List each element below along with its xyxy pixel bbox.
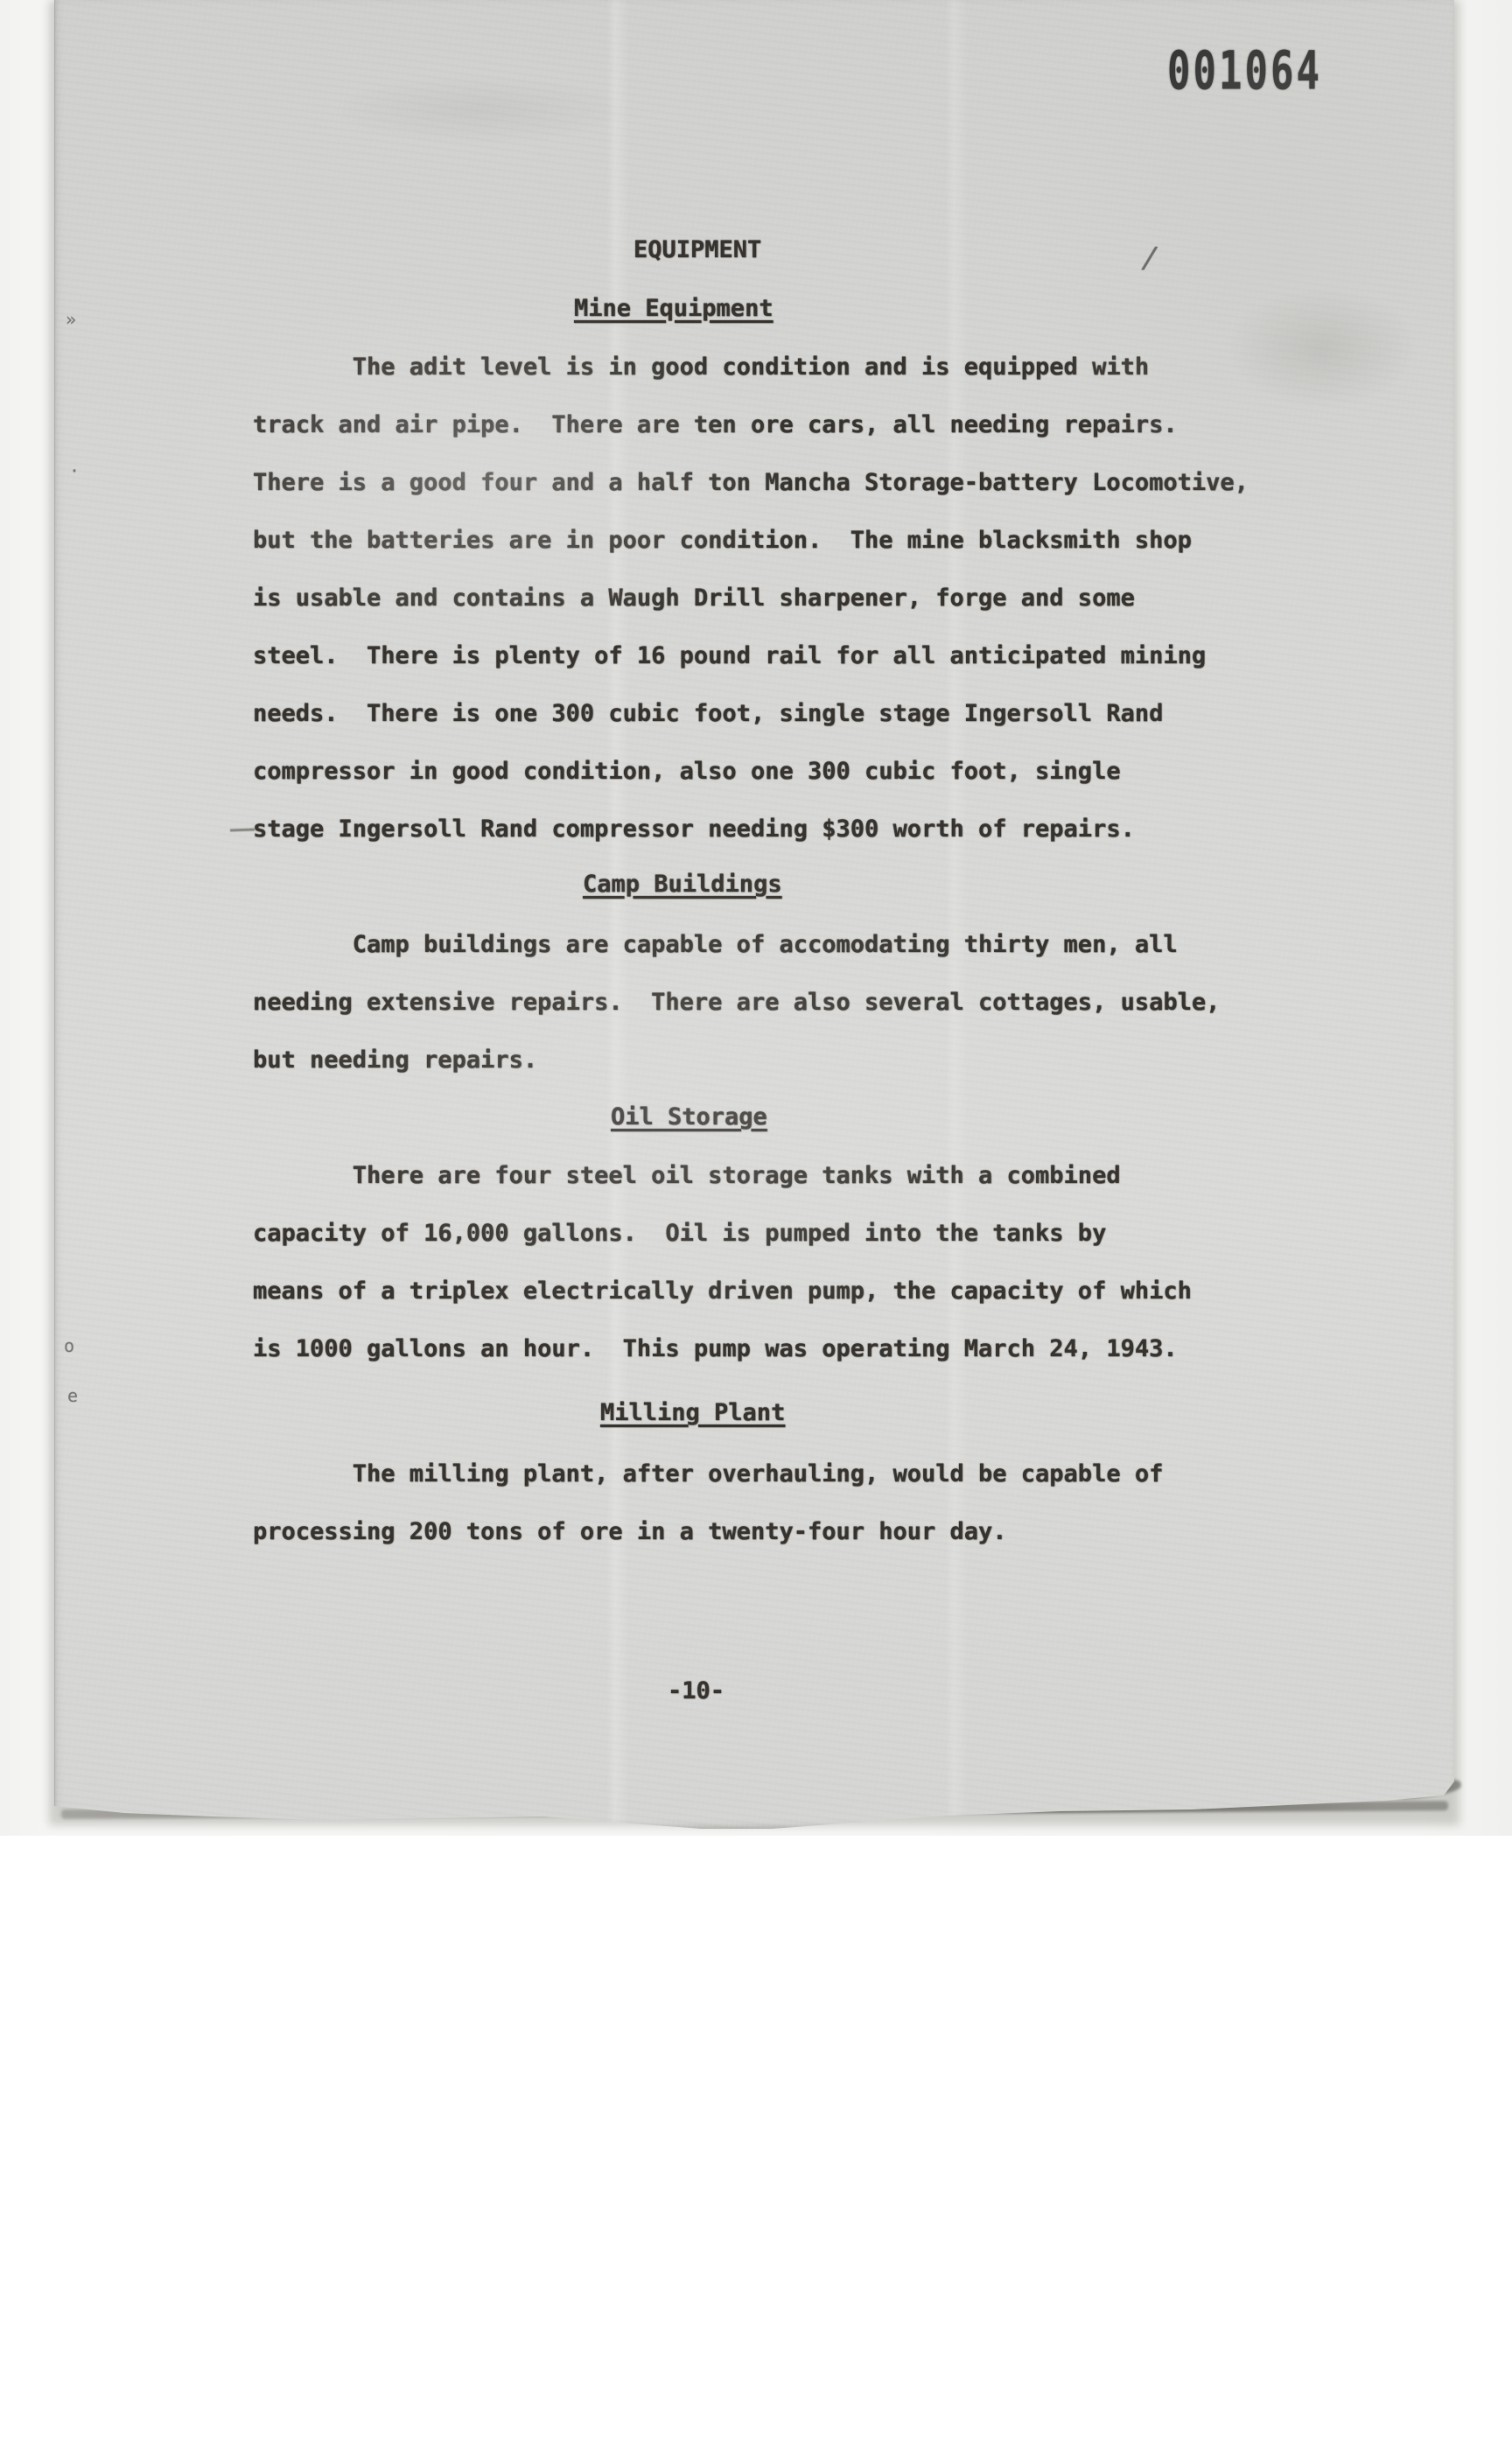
section-body-camp-buildings: Camp buildings are capable of accomodati…: [253, 916, 1220, 1089]
scanner-background: 001064 / EQUIPMENT Mine Equipment The ad…: [0, 0, 1512, 1836]
paper-smudge: [1228, 289, 1416, 407]
serial-number-stamp: 001064: [1167, 45, 1322, 99]
page-number: -10-: [668, 1662, 724, 1720]
document-page: 001064 / EQUIPMENT Mine Equipment The ad…: [54, 0, 1456, 1830]
margin-stray-mark: o: [64, 1337, 74, 1354]
paper-smudge: [335, 77, 624, 143]
page-title: EQUIPMENT: [633, 221, 761, 279]
section-heading-milling-plant: Milling Plant: [600, 1384, 785, 1442]
scanned-document-screenshot: { "document": { "stamp_number": "001064"…: [0, 0, 1512, 2450]
section-body-milling-plant: The milling plant, after overhauling, wo…: [253, 1445, 1163, 1561]
section-heading-oil-storage: Oil Storage: [611, 1088, 767, 1146]
margin-stray-mark: ·: [69, 462, 80, 479]
section-heading-mine-equipment: Mine Equipment: [574, 280, 773, 338]
margin-stray-mark: »: [66, 311, 76, 328]
section-body-oil-storage: There are four steel oil storage tanks w…: [253, 1147, 1192, 1378]
stray-dash-mark: [230, 829, 255, 832]
stray-slash-mark: /: [1139, 242, 1160, 274]
section-heading-camp-buildings: Camp Buildings: [583, 856, 782, 913]
margin-stray-mark: e: [67, 1387, 78, 1404]
section-body-mine-equipment: The adit level is in good condition and …: [253, 339, 1249, 858]
